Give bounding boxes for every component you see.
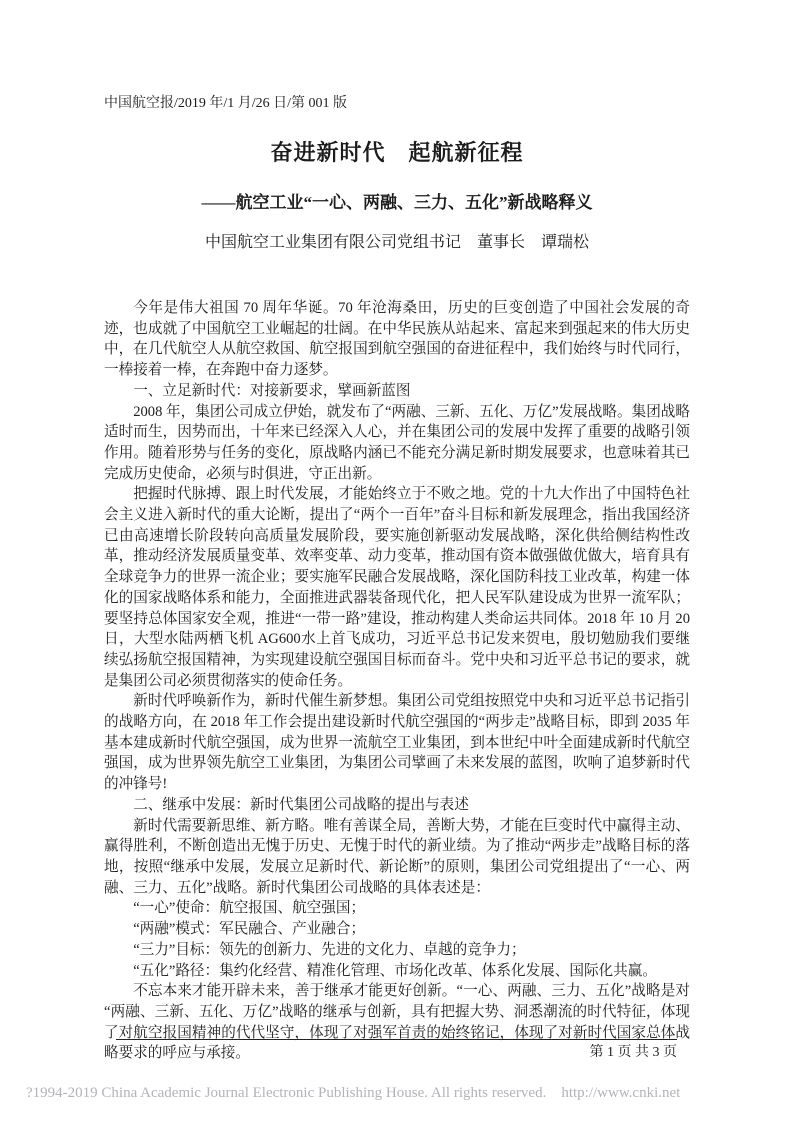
document-page: 中国航空报/2019 年/1 月/26 日/第 001 版 奋进新时代 起航新征… xyxy=(0,0,793,1122)
article-subtitle: ——航空工业“一心、两融、三力、五化”新战略释义 xyxy=(104,192,690,214)
section-heading: 一、立足新时代：对接新要求，擘画新蓝图 xyxy=(104,381,690,402)
body-paragraph: 2008 年，集团公司成立伊始，就发布了“两融、三新、五化、万亿”发展战略。集团… xyxy=(104,402,690,485)
strategy-list-item: “五化”路径：集约化经营、精准化管理、市场化改革、体系化发展、国际化共赢。 xyxy=(104,961,690,982)
article-title: 奋进新时代 起航新征程 xyxy=(104,139,690,167)
strategy-list-item: “两融”模式：军民融合、产业融合； xyxy=(104,919,690,940)
author-line: 中国航空工业集团有限公司党组书记 董事长 谭瑞松 xyxy=(104,232,690,253)
body-paragraph: 把握时代脉搏、跟上时代发展，才能始终立于不败之地。党的十九大作出了中国特色社会主… xyxy=(104,484,690,691)
footer-divider xyxy=(116,1039,677,1040)
strategy-list-item: “一心”使命：航空报国、航空强国； xyxy=(104,898,690,919)
journal-source-line: 中国航空报/2019 年/1 月/26 日/第 001 版 xyxy=(104,95,690,113)
section-heading: 二、继承中发展：新时代集团公司战略的提出与表述 xyxy=(104,795,690,816)
body-paragraph: 新时代呼唤新作为，新时代催生新梦想。集团公司党组按照党中央和习近平总书记指引的战… xyxy=(104,691,690,795)
page-number: 第 1 页 共 3 页 xyxy=(590,1044,678,1062)
copyright-notice: ?1994-2019 China Academic Journal Electr… xyxy=(26,1084,680,1103)
body-paragraph: 新时代需要新思维、新方略。唯有善谋全局，善断大势，才能在巨变时代中赢得主动、赢得… xyxy=(104,816,690,899)
body-paragraph: 今年是伟大祖国 70 周年华诞。70 年沧海桑田，历史的巨变创造了中国社会发展的… xyxy=(104,298,690,381)
article-content: 中国航空报/2019 年/1 月/26 日/第 001 版 奋进新时代 起航新征… xyxy=(104,95,690,1064)
article-body: 今年是伟大祖国 70 周年华诞。70 年沧海桑田，历史的巨变创造了中国社会发展的… xyxy=(104,298,690,1064)
strategy-list-item: “三力”目标：领先的创新力、先进的文化力、卓越的竞争力； xyxy=(104,940,690,961)
